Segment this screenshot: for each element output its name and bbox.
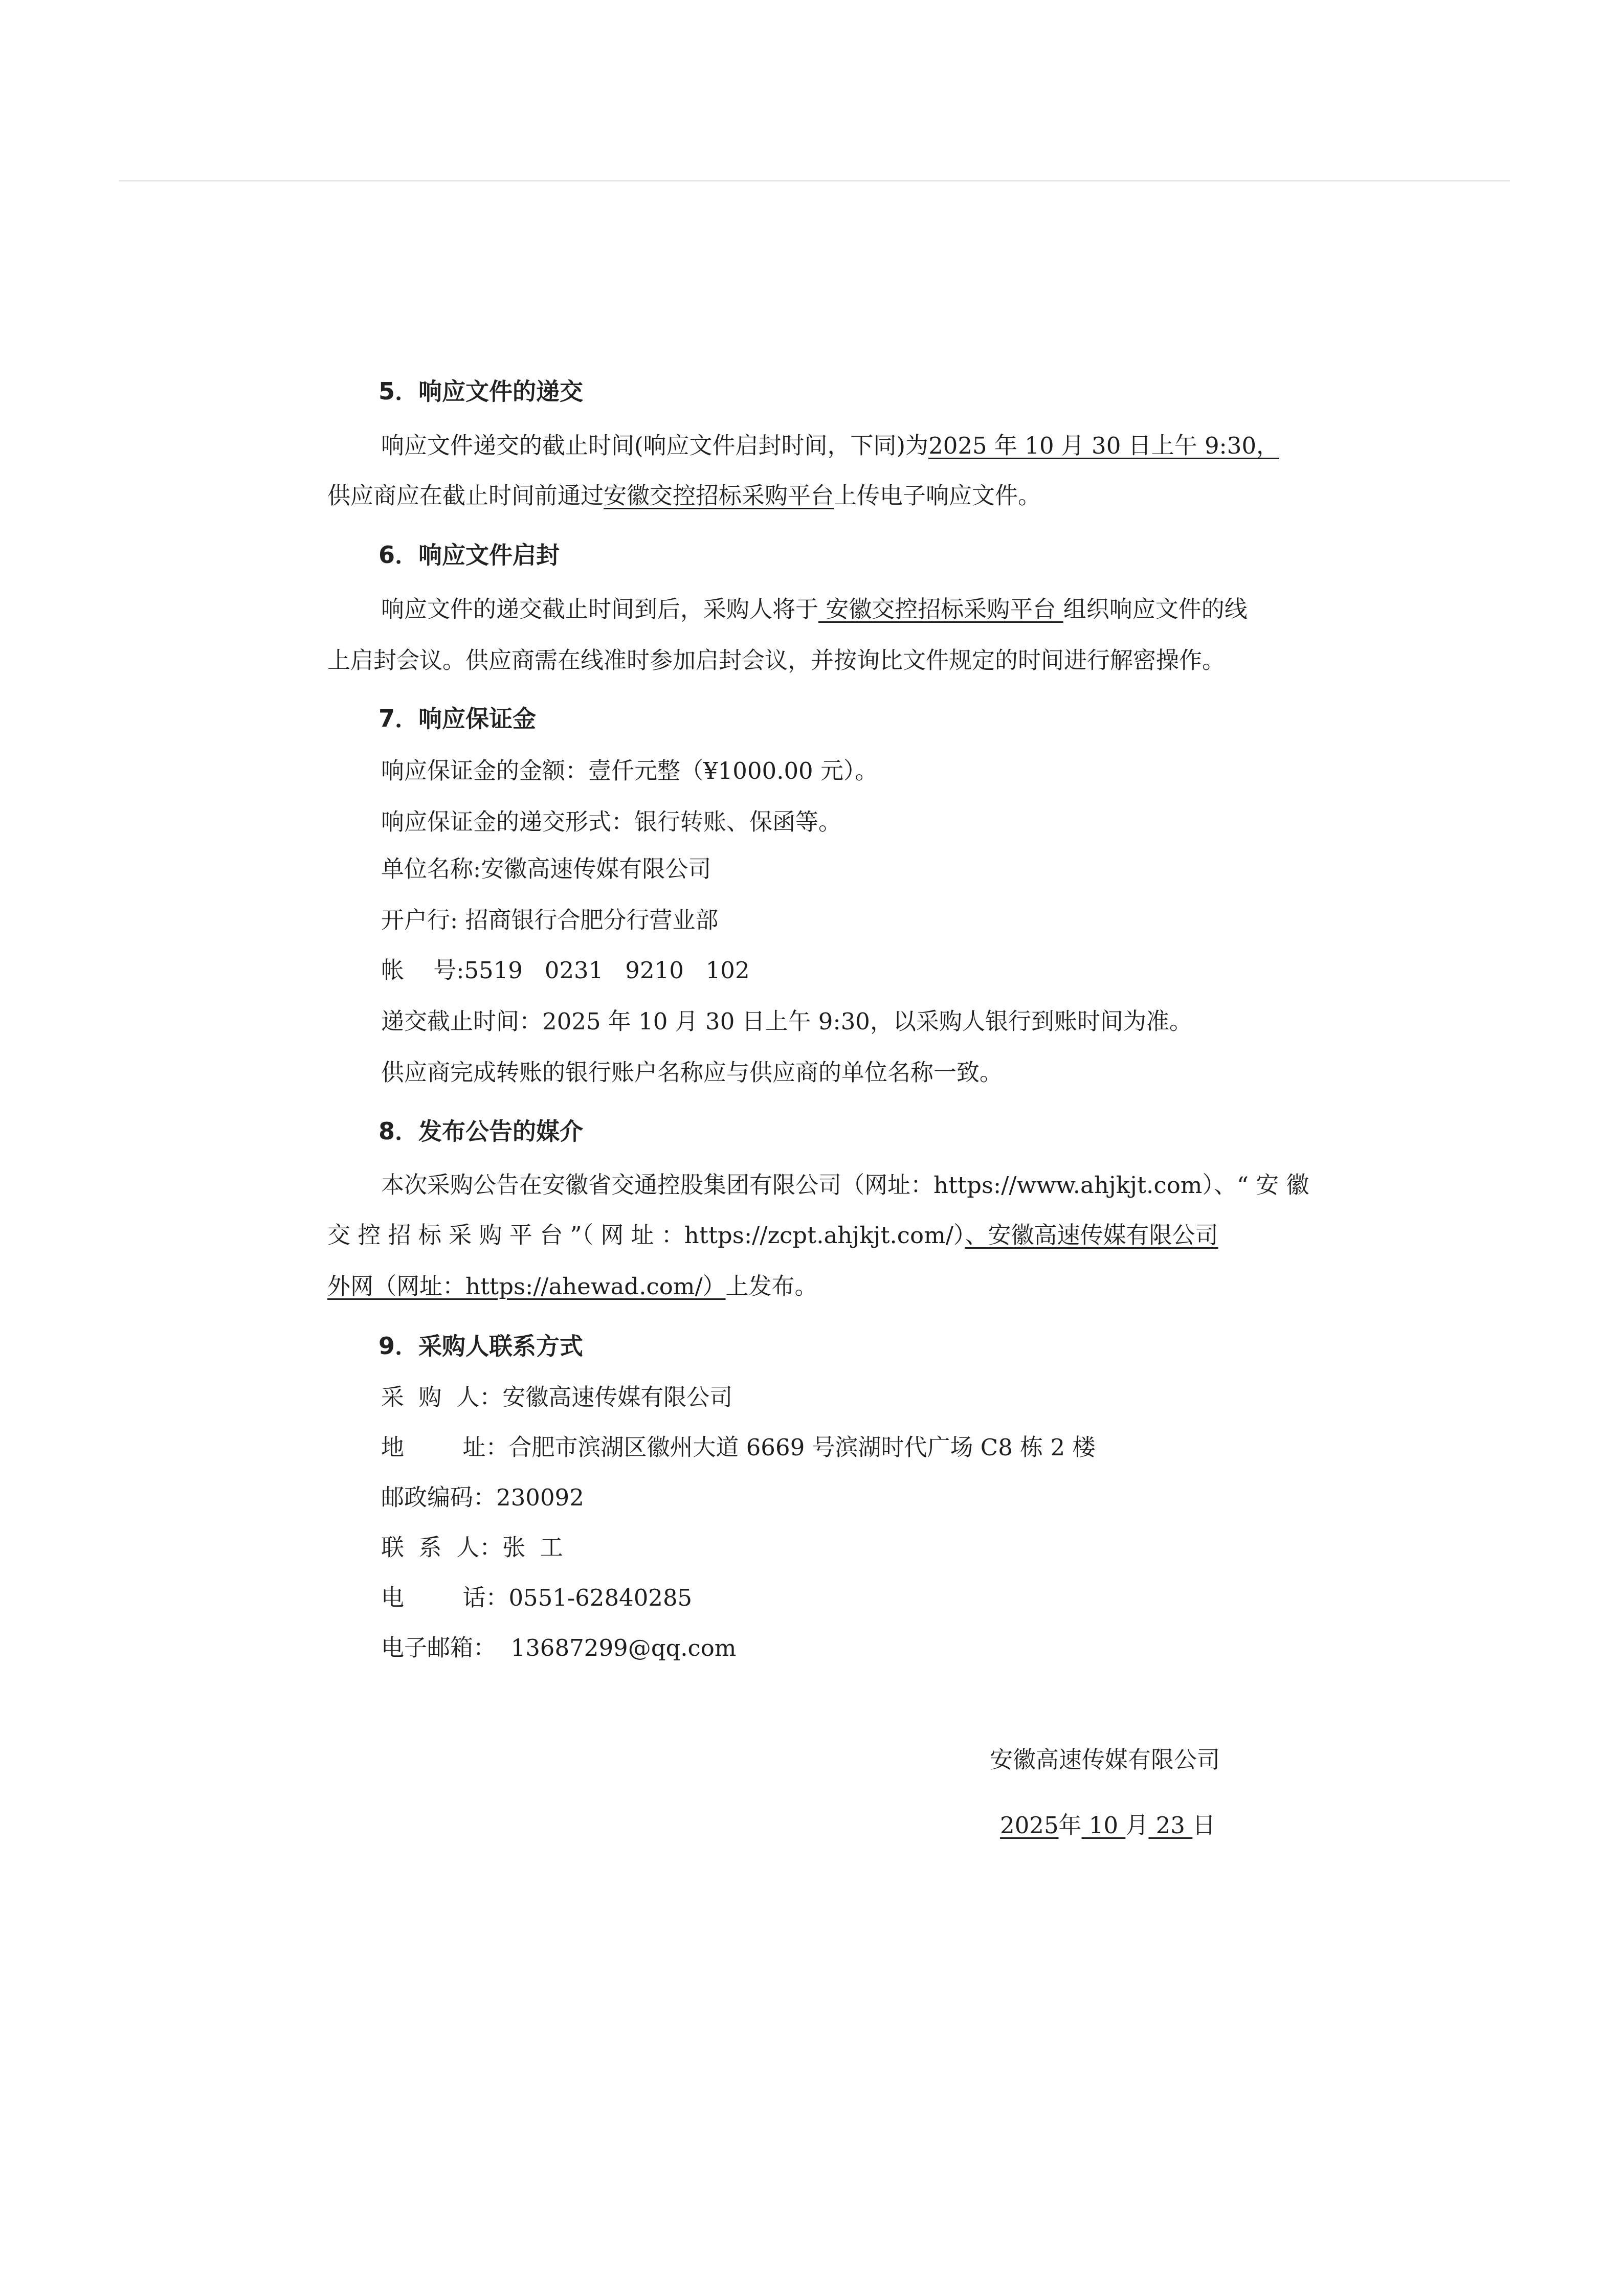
unit-name: 单位名称:安徽高速传媒有限公司 [327,854,1309,885]
company-site-url: 外网（网址：https://ahewad.com/） [327,1273,726,1300]
section-5-heading: 5．响应文件的递交 [379,376,1361,407]
media-line-3-suffix: 上发布。 [726,1273,818,1300]
month-suffix: 月 [1125,1812,1148,1839]
contact-person: 联 系 人：张 工 [327,1533,1309,1563]
platform-name: 安徽交控招标采购平台 [818,596,1063,623]
section-5-paragraph-line-2: 供应商应在截止时间前通过安徽交控招标采购平台上传电子响应文件。 [327,481,1309,511]
section-6-text: 响应文件的递交截止时间到后，采购人将于 [381,596,818,623]
postcode: 邮政编码：230092 [327,1482,1309,1513]
section-8-heading: 8．发布公告的媒介 [379,1116,1361,1146]
day-suffix: 日 [1192,1812,1215,1839]
purchaser: 采 购 人：安徽高速传媒有限公司 [327,1382,1309,1413]
section-5-paragraph-line-1: 响应文件递交的截止时间(响应文件启封时间，下同)为2025 年 10 月 30 … [327,431,1309,461]
company-site-name: 、安徽高速传媒有限公司 [965,1222,1218,1249]
email: 电子邮箱： 13687299@qq.com [327,1633,1309,1663]
section-7-heading: 7．响应保证金 [379,703,1361,734]
phone: 电 话：0551-62840285 [327,1583,1309,1613]
section-6-heading: 6．响应文件启封 [379,539,1361,570]
signature-day: 23 [1148,1812,1192,1839]
section-9-heading: 9．采购人联系方式 [379,1331,1361,1361]
section-6-paragraph-line-2: 上启封会议。供应商需在线准时参加启封会议，并按询比文件规定的时间进行解密操作。 [327,645,1309,676]
media-line-2: 交 控 招 标 采 购 平 台 ”（ 网 址 ：https://zcpt.ahj… [327,1220,1309,1251]
account-row: 帐 号:5519 0231 9210 102 [327,955,1309,986]
address: 地 址：合肥市滨湖区徽州大道 6669 号滨湖时代广场 C8 栋 2 楼 [327,1432,1309,1463]
section-5-text: 供应商应在截止时间前通过 [327,482,604,509]
account-number: 5519 0231 9210 102 [464,957,749,984]
section-5-text: 上传电子响应文件。 [834,482,1041,509]
media-line-1: 本次采购公告在安徽省交通控股集团有限公司（网址：https://www.ahjk… [327,1170,1309,1201]
media-line-3: 外网（网址：https://ahewad.com/）上发布。 [327,1271,1309,1302]
deposit-amount: 响应保证金的金额：壹仟元整（¥1000.00 元）。 [327,756,1309,786]
account-label: 帐 号: [381,957,464,984]
account-name-note: 供应商完成转账的银行账户名称应与供应商的单位名称一致。 [327,1057,1309,1088]
platform-url-text: 交 控 招 标 采 购 平 台 ”（ 网 址 ：https://zcpt.ahj… [327,1222,965,1249]
submission-deadline: 2025 年 10 月 30 日上午 9:30， [928,432,1279,459]
deposit-form: 响应保证金的递交形式：银行转账、保函等。 [327,807,1309,838]
section-5-text: 响应文件递交的截止时间(响应文件启封时间，下同)为 [381,432,928,459]
platform-name: 安徽交控招标采购平台 [604,482,834,509]
signature-company: 安徽高速传媒有限公司 [990,1745,1220,1775]
header-rule [119,180,1510,182]
signature-date: 2025年 10 月 23 日 [1000,1810,1215,1841]
deposit-deadline: 递交截止时间：2025 年 10 月 30 日上午 9:30，以采购人银行到账时… [327,1006,1309,1037]
bank-name: 开户行: 招商银行合肥分行营业部 [327,905,1309,936]
signature-month: 10 [1082,1812,1126,1839]
section-6-paragraph-line-1: 响应文件的递交截止时间到后，采购人将于 安徽交控招标采购平台 组织响应文件的线 [327,594,1309,625]
signature-year: 2025 [1000,1812,1059,1839]
year-suffix: 年 [1059,1812,1082,1839]
section-6-text: 组织响应文件的线 [1063,596,1248,623]
